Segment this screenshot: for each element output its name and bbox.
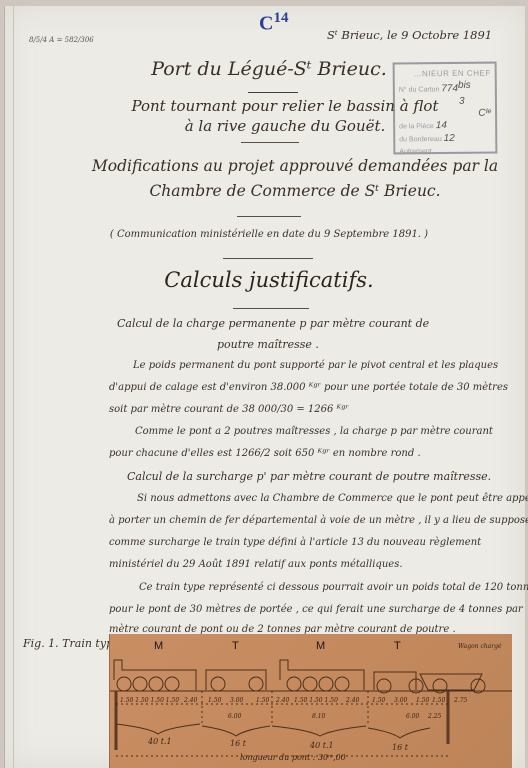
paragraph-line: à porter un chemin de fer départemental … — [109, 515, 528, 526]
svg-text:2.40: 2.40 — [345, 697, 360, 704]
svg-text:2.40: 2.40 — [183, 697, 198, 704]
vehicle-label-m2: M — [316, 640, 325, 652]
reference-note: 8/5/4 A = 582/306 — [29, 36, 94, 44]
svg-text:16 t: 16 t — [230, 739, 247, 748]
calc-heading-line-1: Calcul de la charge permanente p par mèt… — [117, 317, 429, 330]
subtitle-line-2: à la rive gauche du Gouët. — [105, 116, 465, 136]
vehicle-label-t1: T — [232, 640, 239, 652]
title-underline — [248, 92, 298, 93]
communication-note: ( Communication ministérielle en date du… — [5, 229, 528, 240]
vehicle-label-t2: T — [394, 640, 401, 652]
stamp-carton: N° du Carton 774bis — [399, 80, 491, 97]
svg-text:6.00: 6.00 — [228, 713, 242, 720]
paragraph-line: comme surcharge le train type défini à l… — [109, 537, 481, 548]
subtitle-line-1: Pont tournant pour relier le bassin à fl… — [105, 96, 465, 116]
svg-text:8.10: 8.10 — [312, 713, 326, 720]
modifications-line-1: Modifications au projet approuvé demandé… — [75, 155, 515, 178]
svg-text:1.50: 1.50 — [432, 697, 446, 704]
svg-text:1.50: 1.50 — [372, 697, 386, 704]
svg-text:2.75: 2.75 — [453, 697, 468, 704]
paragraph-line: pour chacune d'elles est 1266/2 soit 650… — [109, 448, 421, 459]
paragraph-line: pour le pont de 30 mètres de portée , ce… — [109, 604, 523, 615]
section-title: Calculs justificatifs. — [5, 268, 528, 292]
svg-text:3.00: 3.00 — [394, 697, 408, 704]
divider — [237, 216, 301, 217]
divider — [233, 308, 309, 309]
vehicle-label-m1: M — [154, 640, 163, 652]
modifications-line-2: Chambre de Commerce de Sᵗ Brieuc. — [75, 180, 515, 203]
svg-text:1.50: 1.50 — [256, 697, 270, 704]
figure-label: Fig. 1. Train type — [23, 637, 120, 650]
train-drawing: M T M T Wagon chargé 1.50 1.50 1.50 1.50… — [110, 634, 512, 768]
svg-text:1.50 1.50 1.50: 1.50 1.50 1.50 — [294, 697, 338, 704]
svg-text:1.50: 1.50 — [416, 697, 430, 704]
calc-heading-line-2: poutre maîtresse . — [217, 338, 319, 351]
svg-text:2.25: 2.25 — [427, 713, 442, 720]
svg-text:Wagon chargé: Wagon chargé — [458, 643, 502, 650]
document-title: Port du Légué-Sᵗ Brieuc. — [5, 58, 528, 80]
svg-text:longueur du pont : 30ᵐ,00: longueur du pont : 30ᵐ,00 — [240, 753, 346, 762]
document-page: 8/5/4 A = 582/306 C14 Sᵗ Brieuc, le 9 Oc… — [4, 6, 525, 768]
svg-text:16 t: 16 t — [392, 743, 409, 752]
svg-text:6.00: 6.00 — [406, 713, 420, 720]
paragraph-line: Comme le pont a 2 poutres maîtresses , l… — [135, 426, 493, 437]
svg-text:1.50: 1.50 — [208, 697, 222, 704]
archive-code: C14 — [259, 10, 288, 36]
svg-text:1.50 1.50 1.50 1.50: 1.50 1.50 1.50 1.50 — [120, 697, 179, 704]
svg-text:2.40: 2.40 — [275, 697, 290, 704]
paragraph-line: d'appui de calage est d'environ 38.000 ᴷ… — [109, 382, 508, 393]
paragraph-line: soit par mètre courant de 38 000/30 = 12… — [109, 404, 349, 415]
paragraph-line: Ce train type représenté ci dessous pour… — [139, 582, 528, 593]
date-line: Sᵗ Brieuc, le 9 Octobre 1891 — [327, 28, 492, 42]
svg-text:40 t.1: 40 t.1 — [309, 741, 334, 750]
train-type-diagram: M T M T Wagon chargé 1.50 1.50 1.50 1.50… — [109, 634, 512, 768]
svg-text:3.00: 3.00 — [230, 697, 244, 704]
divider — [223, 258, 313, 259]
calc-heading-surcharge: Calcul de la surcharge p' par mètre cour… — [127, 470, 491, 483]
svg-text:40 t.1: 40 t.1 — [147, 737, 172, 746]
paragraph-line: ministériel du 29 Août 1891 relatif aux … — [109, 559, 403, 570]
divider — [241, 142, 299, 143]
paragraph-line: Le poids permanent du pont supporté par … — [133, 360, 498, 371]
paragraph-line: Si nous admettons avec la Chambre de Com… — [137, 493, 528, 504]
